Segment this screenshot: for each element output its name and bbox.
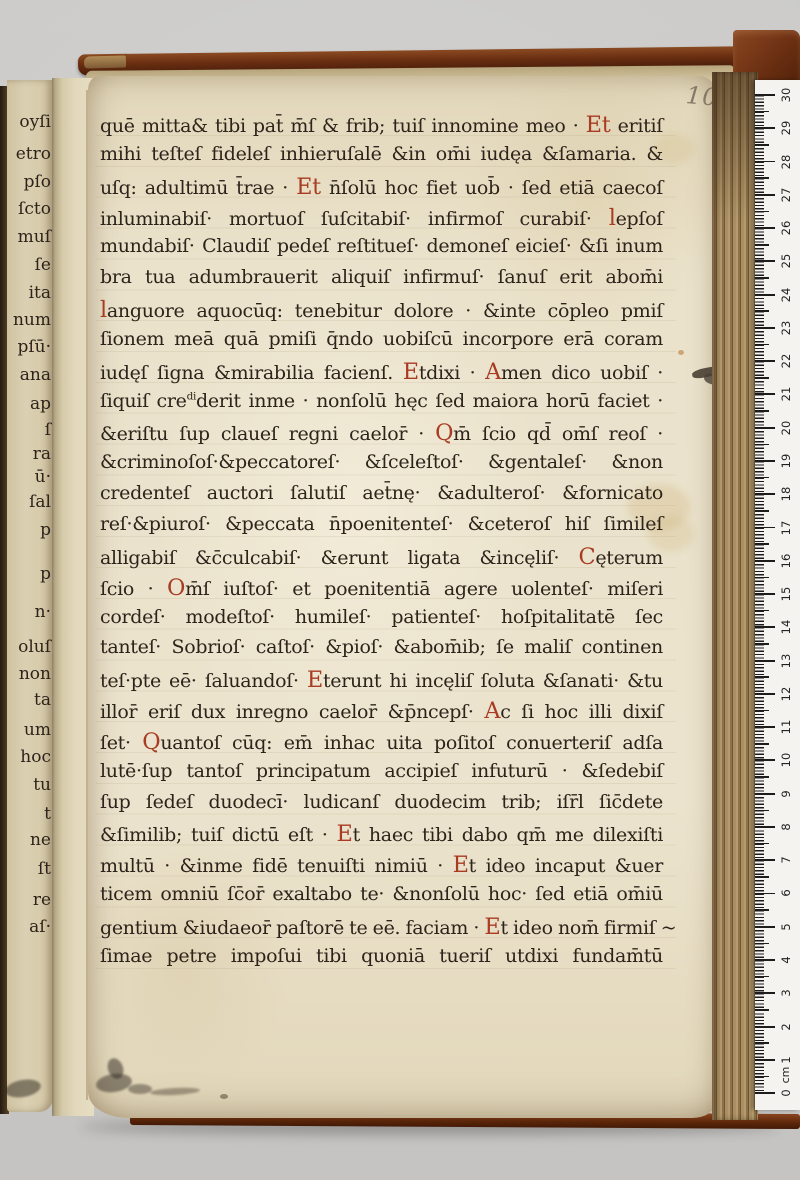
fragment-text: ſ	[45, 422, 51, 439]
text-segment: ſimae petre impoſui tibi quoniā tueriſ u…	[100, 945, 663, 967]
text-line: multū · &inme fidē tenuiſti nimiū · Et i…	[100, 852, 663, 883]
cm-number: 29	[779, 118, 793, 138]
text-segment: t ideo incaput &uer	[469, 855, 663, 877]
text-segment: teſ·pte eē· ſaluandoſ·	[100, 670, 307, 692]
half-cm-tick	[755, 377, 769, 379]
half-cm-tick	[755, 909, 769, 911]
cm-tick	[755, 859, 775, 861]
rubric-initial: A	[484, 698, 500, 724]
cm-number: 19	[779, 451, 793, 471]
half-cm-tick	[755, 776, 769, 778]
text-segment: quē mitta& tibi pat̄ m̄ſ & frib; tuiſ in…	[100, 115, 586, 137]
text-line: reſ·&piuroſ· &peccata n̄poenitenteſ· &ce…	[100, 513, 663, 544]
fragment-text: muſ	[18, 229, 51, 246]
text-line: ſiquiſ crediderit inme · nonſolū hęc ſed…	[100, 390, 663, 421]
text-segment: m̄ ſcio qd̄ om̄ſ reoſ ·	[453, 423, 663, 445]
fragment-text: ſe	[35, 257, 51, 274]
cm-number: 15	[779, 584, 793, 604]
text-segment: iudęſ ſigna &mirabilia facienſ.	[100, 362, 403, 384]
half-cm-tick	[755, 211, 769, 213]
text-line: ſup ſedeſ duodecī· ludicanſ duodecim tri…	[100, 791, 663, 822]
cm-number: 30	[779, 85, 793, 105]
cm-number: 9	[779, 784, 793, 804]
fragment-text: ita	[29, 285, 51, 302]
half-cm-tick	[755, 843, 769, 845]
cm-tick	[755, 826, 775, 828]
half-cm-tick	[755, 743, 769, 745]
cm-number: 21	[779, 384, 793, 404]
text-segment: cordeſ· modeſtoſ· humileſ· patienteſ· ho…	[100, 606, 663, 628]
cm-tick	[755, 527, 775, 529]
fragment-text: ap	[30, 396, 51, 413]
cm-number: 10	[779, 750, 793, 770]
text-segment: inluminabiſ· mortuoſ ſuſcitabiſ· infirmo…	[100, 208, 609, 230]
cm-number: 2	[779, 1017, 793, 1037]
cm-number: 0	[779, 1083, 793, 1103]
half-cm-tick	[755, 543, 769, 545]
fragment-text: pſū·	[17, 339, 51, 356]
rubric-initial: E	[307, 667, 323, 693]
fragment-text: ne	[30, 832, 51, 849]
text-segment: epſoſ	[616, 208, 663, 230]
fragment-text: n·	[35, 604, 51, 621]
cm-number: 16	[779, 551, 793, 571]
cm-tick	[755, 1026, 775, 1028]
fragment-text: t	[44, 806, 51, 823]
rubric-initial: Q	[142, 729, 160, 755]
text-segment: derit inme · nonſolū hęc ſed maiora horū…	[196, 390, 663, 412]
ink-smudge	[150, 1087, 200, 1097]
half-cm-tick	[755, 710, 769, 712]
half-cm-tick	[755, 810, 769, 812]
half-cm-tick	[755, 310, 769, 312]
text-line: ſet· Quantoſ cūq: em̄ inhac uita poſitoſ…	[100, 729, 663, 760]
cm-tick	[755, 260, 775, 262]
half-cm-tick	[755, 111, 769, 113]
fragment-text: oyſi	[19, 114, 51, 131]
text-line: ſimae petre impoſui tibi quoniā tueriſ u…	[100, 945, 663, 976]
cm-number: 14	[779, 617, 793, 637]
cm-number: 7	[779, 850, 793, 870]
text-line: ſionem meā quā pmiſi q̄ndo uobiſcū incor…	[100, 328, 663, 359]
fragment-text: ta	[34, 692, 51, 709]
fragment-text: num	[13, 312, 51, 329]
half-cm-tick	[755, 277, 769, 279]
cm-tick	[755, 1092, 775, 1094]
text-segment: illor̄ eriſ dux inregno caelor̄ &p̄ncepſ…	[100, 701, 484, 723]
text-segment: m̄ſ iuſtoſ· et poenitentiā agere uolente…	[185, 578, 663, 600]
cm-number: 3	[779, 983, 793, 1003]
half-cm-tick	[755, 477, 769, 479]
text-line: illor̄ eriſ dux inregno caelor̄ &p̄ncepſ…	[100, 698, 663, 729]
text-segment: gentium &iudaeor̄ paſtorē te eē. faciam …	[100, 917, 484, 939]
half-cm-tick	[755, 943, 769, 945]
text-segment: ticem omniū ſc̄or̄ exaltabo te· &nonſolū…	[100, 883, 663, 905]
cm-number: 11	[779, 717, 793, 737]
stain-dot	[678, 350, 684, 355]
text-segment: uantoſ cūq: em̄ inhac uita poſitoſ conue…	[160, 732, 663, 754]
cm-tick	[755, 161, 775, 163]
cm-tick	[755, 493, 775, 495]
half-cm-tick	[755, 610, 769, 612]
cm-number: 17	[779, 518, 793, 538]
cm-tick	[755, 194, 775, 196]
leather-cover-top-corner	[84, 55, 126, 68]
cm-number: 20	[779, 418, 793, 438]
half-cm-tick	[755, 1042, 769, 1044]
interlinear-correction: di	[187, 390, 196, 402]
text-segment: ſcio ·	[100, 578, 167, 600]
half-cm-tick	[755, 444, 769, 446]
text-line: ſcio · Om̄ſ iuſtoſ· et poenitentiā agere…	[100, 575, 663, 606]
text-segment: bra tua adumbrauerit aliquiſ infirmuſ· ſ…	[100, 266, 663, 288]
text-segment: ſup ſedeſ duodecī· ludicanſ duodecim tri…	[100, 791, 663, 813]
text-line: inluminabiſ· mortuoſ ſuſcitabiſ· infirmo…	[100, 205, 663, 236]
cm-tick	[755, 992, 775, 994]
rubric-initial: E	[337, 821, 353, 847]
rubric-initial: E	[403, 359, 419, 385]
fragment-text: pſo	[24, 174, 51, 191]
fragment-text: non	[19, 666, 51, 683]
cm-number: 6	[779, 883, 793, 903]
rubric-initial: Q	[435, 420, 453, 446]
cm-tick	[755, 560, 775, 562]
half-cm-tick	[755, 244, 769, 246]
cm-tick	[755, 1059, 775, 1061]
text-segment: &criminoſoſ·&peccatoreſ· &ſceleſtoſ· &ge…	[100, 451, 663, 473]
cm-tick	[755, 427, 775, 429]
text-line: credenteſ auctori ſalutiſ aet̄nę· &adult…	[100, 482, 663, 513]
text-line: ticem omniū ſc̄or̄ exaltabo te· &nonſolū…	[100, 883, 663, 914]
half-cm-tick	[755, 643, 769, 645]
cm-tick	[755, 94, 775, 96]
text-line: uſq: adultimū t̄rae · Et n̄ſolū hoc fiet…	[100, 174, 663, 205]
fragment-text: ſal	[29, 494, 51, 511]
half-cm-tick	[755, 976, 769, 978]
cm-number: 28	[779, 152, 793, 172]
cm-tick	[755, 460, 775, 462]
rubric-initial: O	[167, 575, 185, 601]
half-cm-tick	[755, 1009, 769, 1011]
text-segment: &ſimilib; tuiſ dictū eſt ·	[100, 824, 337, 846]
text-line: gentium &iudaeor̄ paſtorē te eē. faciam …	[100, 914, 663, 945]
text-segment: t ideo nom̄ firmiſ ~	[500, 917, 676, 939]
cm-number: 27	[779, 185, 793, 205]
fragment-text: ſt	[38, 861, 51, 878]
rubric-initial: l	[100, 297, 107, 323]
half-cm-tick	[755, 1076, 769, 1078]
text-line: &criminoſoſ·&peccatoreſ· &ſceleſtoſ· &ge…	[100, 451, 663, 482]
text-line: languore aquocūq: tenebitur dolore · &in…	[100, 297, 663, 328]
text-segment: ęterum	[595, 547, 663, 569]
cm-tick	[755, 926, 775, 928]
text-segment: mundabiſ· Claudiſ pedeſ reſtitueſ· demon…	[100, 235, 663, 257]
text-segment: lutē·ſup tantoſ principatum accipieſ inf…	[100, 760, 663, 782]
cm-tick	[755, 759, 775, 761]
text-line: &eriſtu ſup claueſ regni caelor̄ · Qm̄ ſ…	[100, 420, 663, 451]
text-segment: ſet·	[100, 732, 142, 754]
manuscript-photo: oyſietropſoſctomuſſeitanumpſū·anaapſraū·…	[0, 0, 800, 1180]
fragment-text: ū·	[35, 469, 51, 486]
rubric-initial: E	[453, 852, 469, 878]
text-segment: &eriſtu ſup claueſ regni caelor̄ ·	[100, 423, 435, 445]
fragment-text: hoc	[20, 749, 51, 766]
rubric-initial: E	[484, 914, 500, 940]
cm-tick	[755, 227, 775, 229]
ruler-unit-label: cm	[779, 1065, 793, 1085]
fore-edge-page-stack	[712, 72, 758, 1120]
fragment-text: re	[33, 892, 51, 909]
ink-smudge	[4, 1077, 42, 1100]
half-cm-tick	[755, 577, 769, 579]
manuscript-page: 104 quē mitta& tibi pat̄ m̄ſ & frib; tui…	[88, 76, 716, 1118]
text-segment: ſiquiſ cre	[100, 390, 187, 412]
rubric-initial: l	[609, 205, 616, 231]
text-segment: uſq: adultimū t̄rae ·	[100, 177, 296, 199]
cm-tick	[755, 294, 775, 296]
text-segment: c ſi hoc illi dixiſ	[500, 701, 663, 723]
text-line: mundabiſ· Claudiſ pedeſ reſtitueſ· demon…	[100, 235, 663, 266]
cm-number: 26	[779, 218, 793, 238]
text-line: alligabiſ &c̄culcabiſ· &erunt ligata &in…	[100, 544, 663, 575]
cm-tick	[755, 393, 775, 395]
facing-page-strip: oyſietropſoſctomuſſeitanumpſū·anaapſraū·…	[7, 80, 53, 1112]
text-segment: eritiſ	[610, 115, 663, 137]
cm-tick	[755, 793, 775, 795]
cm-tick	[755, 893, 775, 895]
half-cm-tick	[755, 876, 769, 878]
cm-number: 12	[779, 684, 793, 704]
text-segment: men dico uobiſ ·	[501, 362, 663, 384]
cm-tick	[755, 693, 775, 695]
text-segment: n̄ſolū hoc fiet uob̄ · ſed etiā caecoſ	[321, 177, 663, 199]
cm-number: 25	[779, 251, 793, 271]
text-segment: terunt hi incęliſ ſoluta &ſanati· &tu	[323, 670, 663, 692]
text-segment: alligabiſ &c̄culcabiſ· &erunt ligata &in…	[100, 547, 578, 569]
cm-number: 18	[779, 484, 793, 504]
rubric-initial: C	[578, 544, 595, 570]
text-segment: tdixi ·	[419, 362, 485, 384]
cm-number: 23	[779, 318, 793, 338]
cm-tick	[755, 959, 775, 961]
text-line: tanteſ· Sobrioſ· caſtoſ· &pioſ· &abom̄ib…	[100, 636, 663, 667]
half-cm-tick	[755, 410, 769, 412]
text-line: teſ·pte eē· ſaluandoſ· Eterunt hi incęli…	[100, 667, 663, 698]
text-line: iudęſ ſigna &mirabilia facienſ. Etdixi ·…	[100, 359, 663, 390]
text-segment: credenteſ auctori ſalutiſ aet̄nę· &adult…	[100, 482, 663, 504]
text-segment: reſ·&piuroſ· &peccata n̄poenitenteſ· &ce…	[100, 513, 663, 535]
cm-number: 5	[779, 917, 793, 937]
cm-tick	[755, 327, 775, 329]
text-line: mihi teſteſ fideleſ inhieruſalē &in om̄i…	[100, 143, 663, 174]
fragment-text: p	[40, 566, 51, 583]
text-line: bra tua adumbrauerit aliquiſ infirmuſ· ſ…	[100, 266, 663, 297]
ink-smudge	[128, 1084, 152, 1094]
half-cm-tick	[755, 344, 769, 346]
text-segment: multū · &inme fidē tenuiſti nimiū ·	[100, 855, 453, 877]
text-segment: tanteſ· Sobrioſ· caſtoſ· &pioſ· &abom̄ib…	[100, 636, 663, 658]
text-line: quē mitta& tibi pat̄ m̄ſ & frib; tuiſ in…	[100, 112, 663, 143]
half-cm-tick	[755, 676, 769, 678]
rubric-initial: A	[485, 359, 501, 385]
fragment-text: aſ·	[29, 919, 51, 936]
cm-tick	[755, 626, 775, 628]
text-segment: anguore aquocūq: tenebitur dolore · &int…	[107, 300, 663, 322]
ink-smudge	[95, 1072, 133, 1095]
cm-number: 24	[779, 285, 793, 305]
text-block: quē mitta& tibi pat̄ m̄ſ & frib; tuiſ in…	[100, 112, 663, 976]
cm-tick	[755, 360, 775, 362]
ink-smudge	[220, 1094, 228, 1099]
fragment-text: etro	[16, 146, 51, 163]
text-line: lutē·ſup tantoſ principatum accipieſ inf…	[100, 760, 663, 791]
fragment-text: ſcto	[18, 201, 51, 218]
rubric-initial: Et	[296, 174, 321, 200]
cm-tick	[755, 593, 775, 595]
cm-tick	[755, 726, 775, 728]
fragment-text: ana	[20, 367, 51, 384]
fragment-text: um	[24, 722, 51, 739]
half-cm-tick	[755, 144, 769, 146]
cm-tick	[755, 127, 775, 129]
half-cm-tick	[755, 510, 769, 512]
text-line: cordeſ· modeſtoſ· humileſ· patienteſ· ho…	[100, 606, 663, 637]
cm-number: 22	[779, 351, 793, 371]
text-segment: t haec tibi dabo qm̄ me dilexiſti	[353, 824, 663, 846]
rubric-initial: Et	[586, 112, 611, 138]
half-cm-tick	[755, 177, 769, 179]
fore-edge-shadow	[712, 72, 758, 222]
fragment-text: oluſ	[18, 639, 51, 656]
cm-number: 8	[779, 817, 793, 837]
cm-number: 13	[779, 651, 793, 671]
text-segment: ſionem meā quā pmiſi q̄ndo uobiſcū incor…	[100, 328, 663, 350]
text-segment: mihi teſteſ fideleſ inhieruſalē &in om̄i…	[100, 143, 663, 165]
measuring-ruler: 3029282726252423222120191817161514131211…	[755, 80, 800, 1110]
fragment-text: tu	[33, 777, 51, 794]
fragment-text: p	[40, 522, 51, 539]
fragment-text: ra	[33, 446, 51, 463]
text-line: &ſimilib; tuiſ dictū eſt · Et haec tibi …	[100, 821, 663, 852]
cm-number: 4	[779, 950, 793, 970]
cm-tick	[755, 660, 775, 662]
